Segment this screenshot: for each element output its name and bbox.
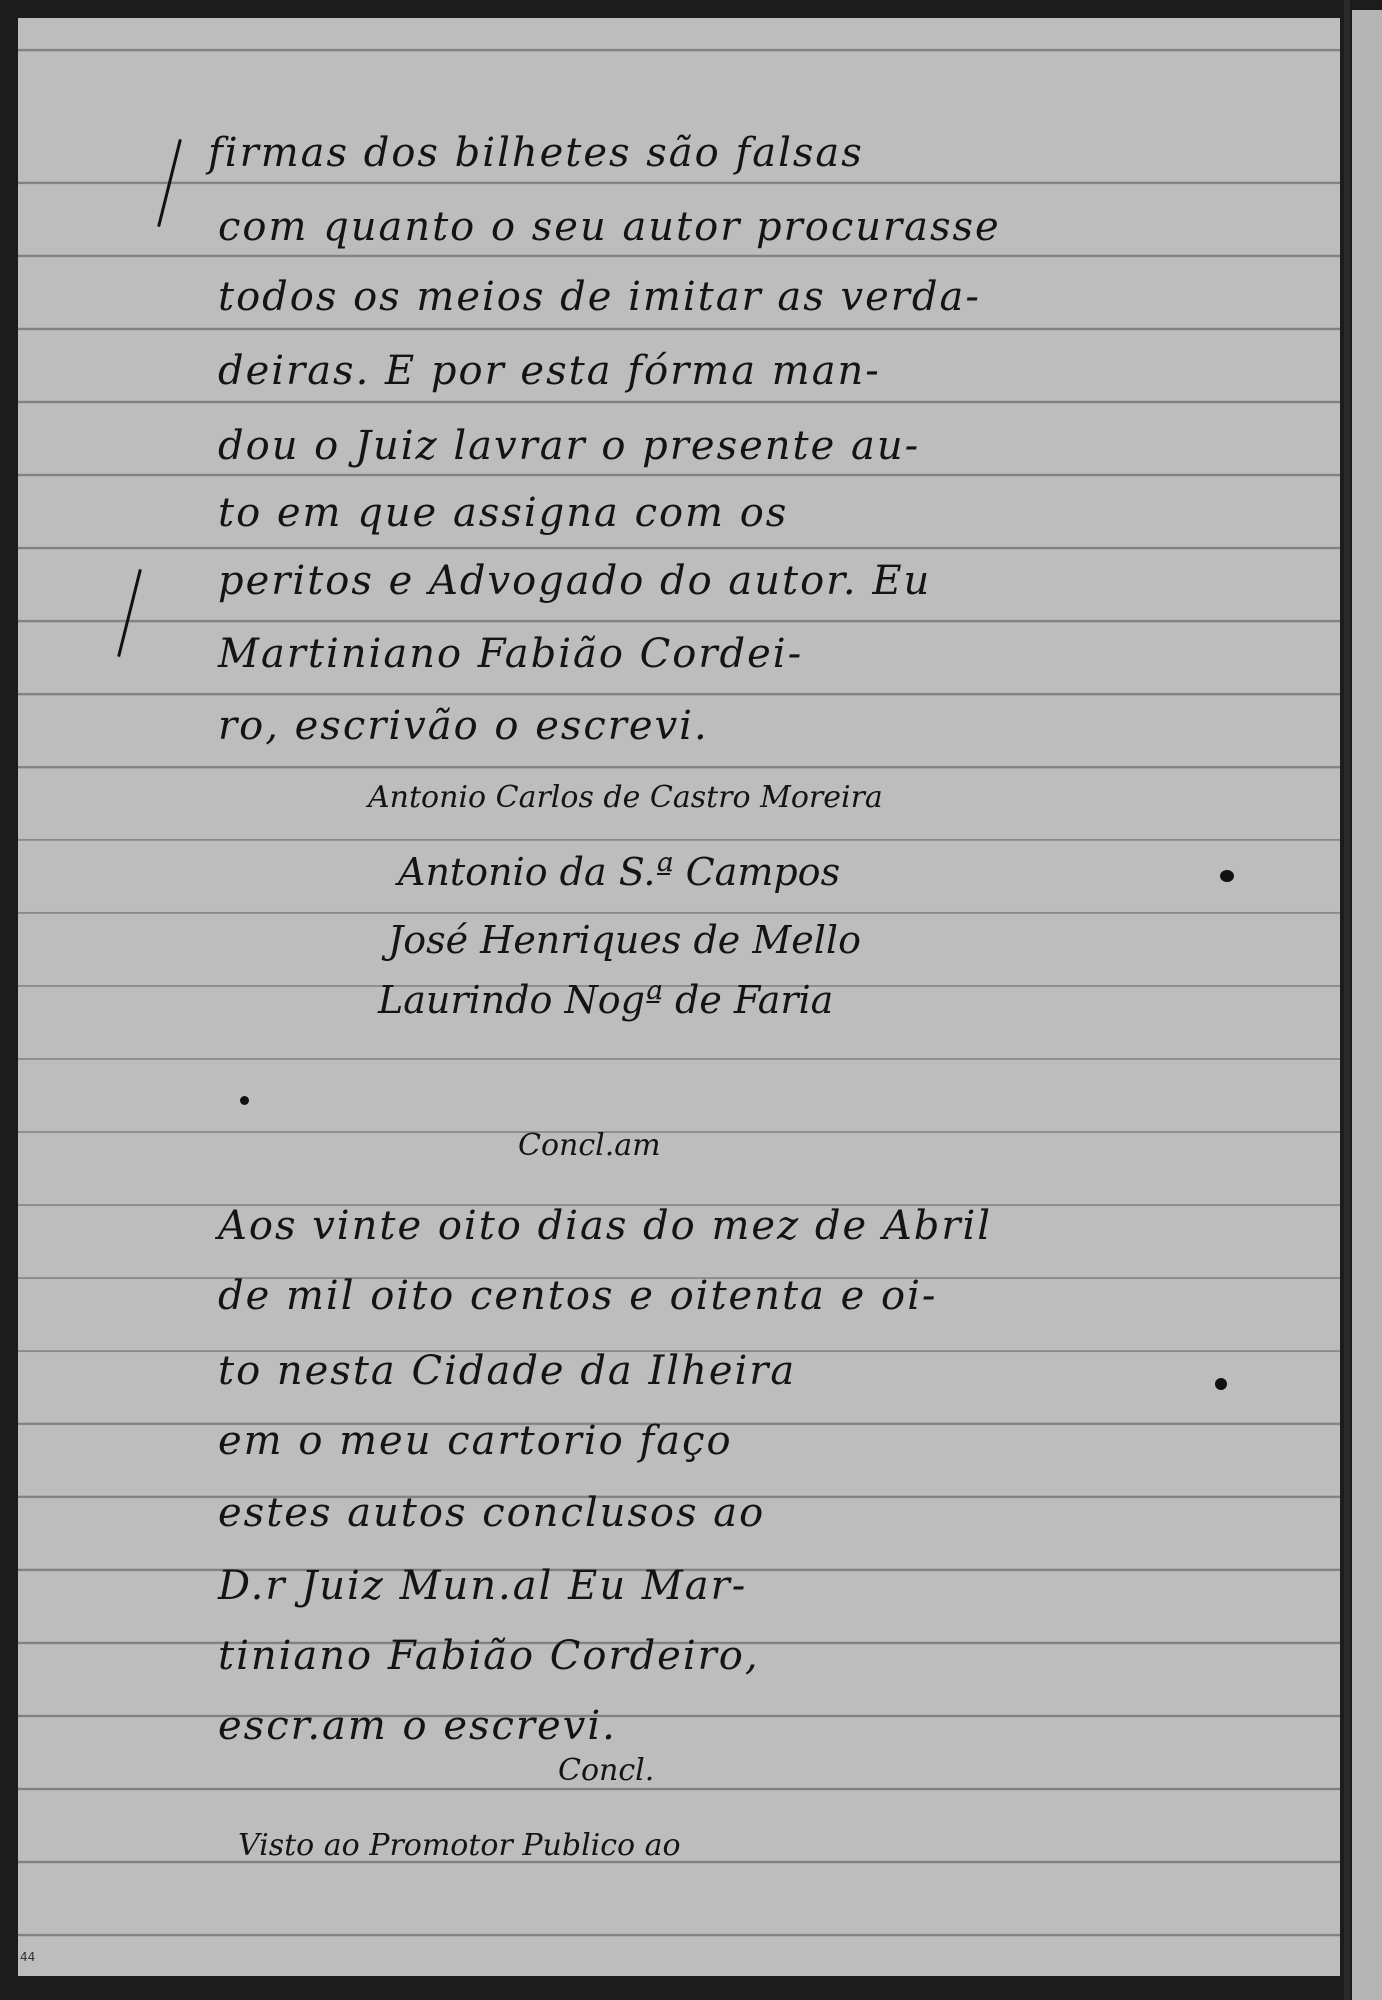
text-line: com quanto o seu autor procurasse — [218, 204, 1001, 250]
signature: Antonio Carlos de Castro Moreira — [368, 780, 883, 815]
text-line: estes autos conclusos ao — [218, 1490, 765, 1536]
signature: Laurindo Nogª de Faria — [378, 978, 833, 1022]
signature: Antonio da S.ª Campos — [398, 850, 840, 894]
adjacent-page-edge — [1352, 10, 1382, 2000]
signature: José Henriques de Mello — [388, 918, 861, 962]
text-line: Aos vinte oito dias do mez de Abril — [218, 1203, 992, 1249]
margin-stroke-2 — [117, 569, 142, 657]
text-line: deiras. E por esta fórma man- — [218, 348, 881, 394]
text-line: dou o Juiz lavrar o presente au- — [218, 423, 920, 469]
text-line: Martiniano Fabião Cordei- — [218, 631, 803, 677]
manuscript-page: firmas dos bilhetes são falsas com quant… — [18, 18, 1340, 1976]
ink-blot — [1220, 870, 1234, 882]
margin-stroke-1 — [157, 139, 182, 227]
text-line: em o meu cartorio faço — [218, 1418, 733, 1464]
corner-mark: 44 — [20, 1950, 35, 1964]
ink-dot — [240, 1096, 249, 1105]
text-line: D.r Juiz Mun.al Eu Mar- — [218, 1563, 747, 1609]
closing-mark: Concl. — [558, 1753, 654, 1788]
final-line: Visto ao Promotor Publico ao — [238, 1828, 681, 1863]
text-line: to nesta Cidade da Ilheira — [218, 1348, 796, 1394]
text-line: ro, escrivão o escrevi. — [218, 703, 709, 749]
ink-blot — [1215, 1378, 1227, 1390]
text-line: peritos e Advogado do autor. Eu — [218, 558, 931, 604]
text-line: tiniano Fabião Cordeiro, — [218, 1633, 760, 1679]
text-line: escr.am o escrevi. — [218, 1703, 617, 1749]
text-line: to em que assigna com os — [218, 490, 788, 536]
book-spine — [1344, 0, 1350, 2000]
text-line: todos os meios de imitar as verda- — [218, 274, 981, 320]
text-line: firmas dos bilhetes são falsas — [208, 130, 864, 176]
section-heading: Concl.am — [518, 1128, 661, 1163]
text-line: de mil oito centos e oitenta e oi- — [218, 1273, 937, 1319]
